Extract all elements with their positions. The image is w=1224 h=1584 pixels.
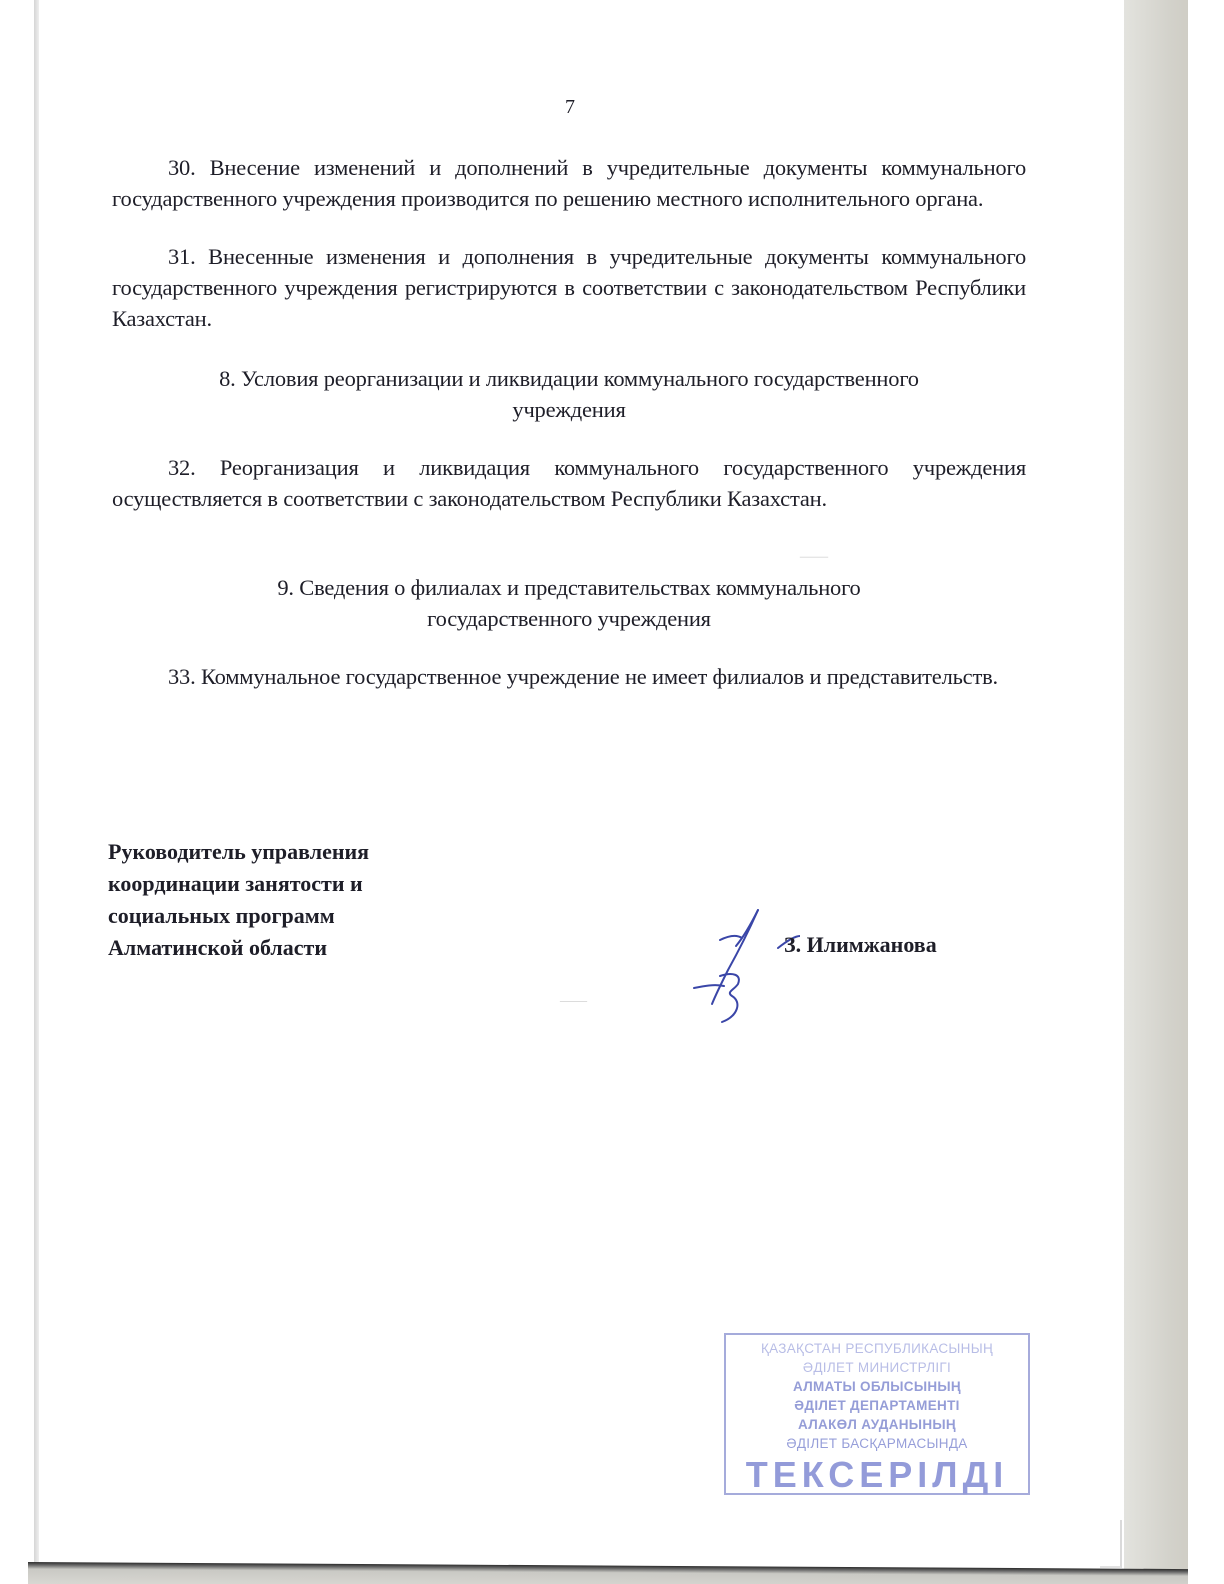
signatory-title-line: социальных программ [108,900,369,932]
section-8-heading: 8. Условия реорганизации и ликвидации ко… [112,363,1026,425]
stamp-line: ӘДІЛЕТ БАСҚАРМАСЫНДА [726,1434,1028,1453]
bleed-through-mark: — [800,540,828,572]
section-heading-line: 9. Сведения о филиалах и представительст… [112,572,1026,603]
stamp-verdict: ТЕКСЕРІЛДІ [726,1455,1028,1495]
stamp-line: АЛМАТЫ ОБЛЫСЫНЫҢ [726,1377,1028,1396]
paragraph-31: 31. Внесенные изменения и дополнения в у… [112,241,1026,334]
document-page [40,0,1124,1562]
paragraph-33: 33. Коммунальное государственное учрежде… [112,661,1026,692]
section-heading-line: учреждения [112,394,1026,425]
section-9-heading: 9. Сведения о филиалах и представительст… [112,572,1026,634]
signatory-title: Руководитель управления координации заня… [108,836,369,964]
page-stack-edge [1100,1520,1122,1568]
page-number: 7 [565,96,575,119]
handwritten-signature-icon [680,900,800,1030]
scan-bottom-shadow [28,1562,1188,1584]
stamp-line: ӘДІЛЕТ ДЕПАРТАМЕНТІ [726,1396,1028,1415]
stamp-line: АЛАКӨЛ АУДАНЫНЫҢ [726,1415,1028,1434]
paragraph-32: 32. Реорганизация и ликвидация коммуналь… [112,452,1026,514]
paragraph-text: 30. Внесение изменений и дополнений в уч… [112,155,1026,211]
scan-left-edge [34,0,39,1572]
paragraph-30: 30. Внесение изменений и дополнений в уч… [112,152,1026,214]
signatory-title-line: Руководитель управления [108,836,369,868]
paragraph-text: 31. Внесенные изменения и дополнения в у… [112,244,1026,331]
scan-right-margin [1188,0,1224,1584]
paragraph-text: 33. Коммунальное государственное учрежде… [168,664,998,689]
section-heading-line: 8. Условия реорганизации и ликвидации ко… [112,363,1026,394]
bleed-through-mark: ‒‒‒ [560,990,587,1011]
scan-right-strip [1124,0,1188,1584]
section-heading-line: государственного учреждения [112,603,1026,634]
paragraph-text: 32. Реорганизация и ликвидация коммуналь… [112,455,1026,511]
signer-name: З. Илимжанова [784,932,937,958]
stamp-line: ҚАЗАҚСТАН РЕСПУБЛИКАСЫНЫҢ [726,1339,1028,1358]
signatory-title-line: координации занятости и [108,868,369,900]
official-stamp: ҚАЗАҚСТАН РЕСПУБЛИКАСЫНЫҢ ӘДІЛЕТ МИНИСТР… [724,1333,1030,1495]
stamp-line: ӘДІЛЕТ МИНИСТРЛІГІ [726,1358,1028,1377]
signatory-title-line: Алматинской области [108,932,369,964]
